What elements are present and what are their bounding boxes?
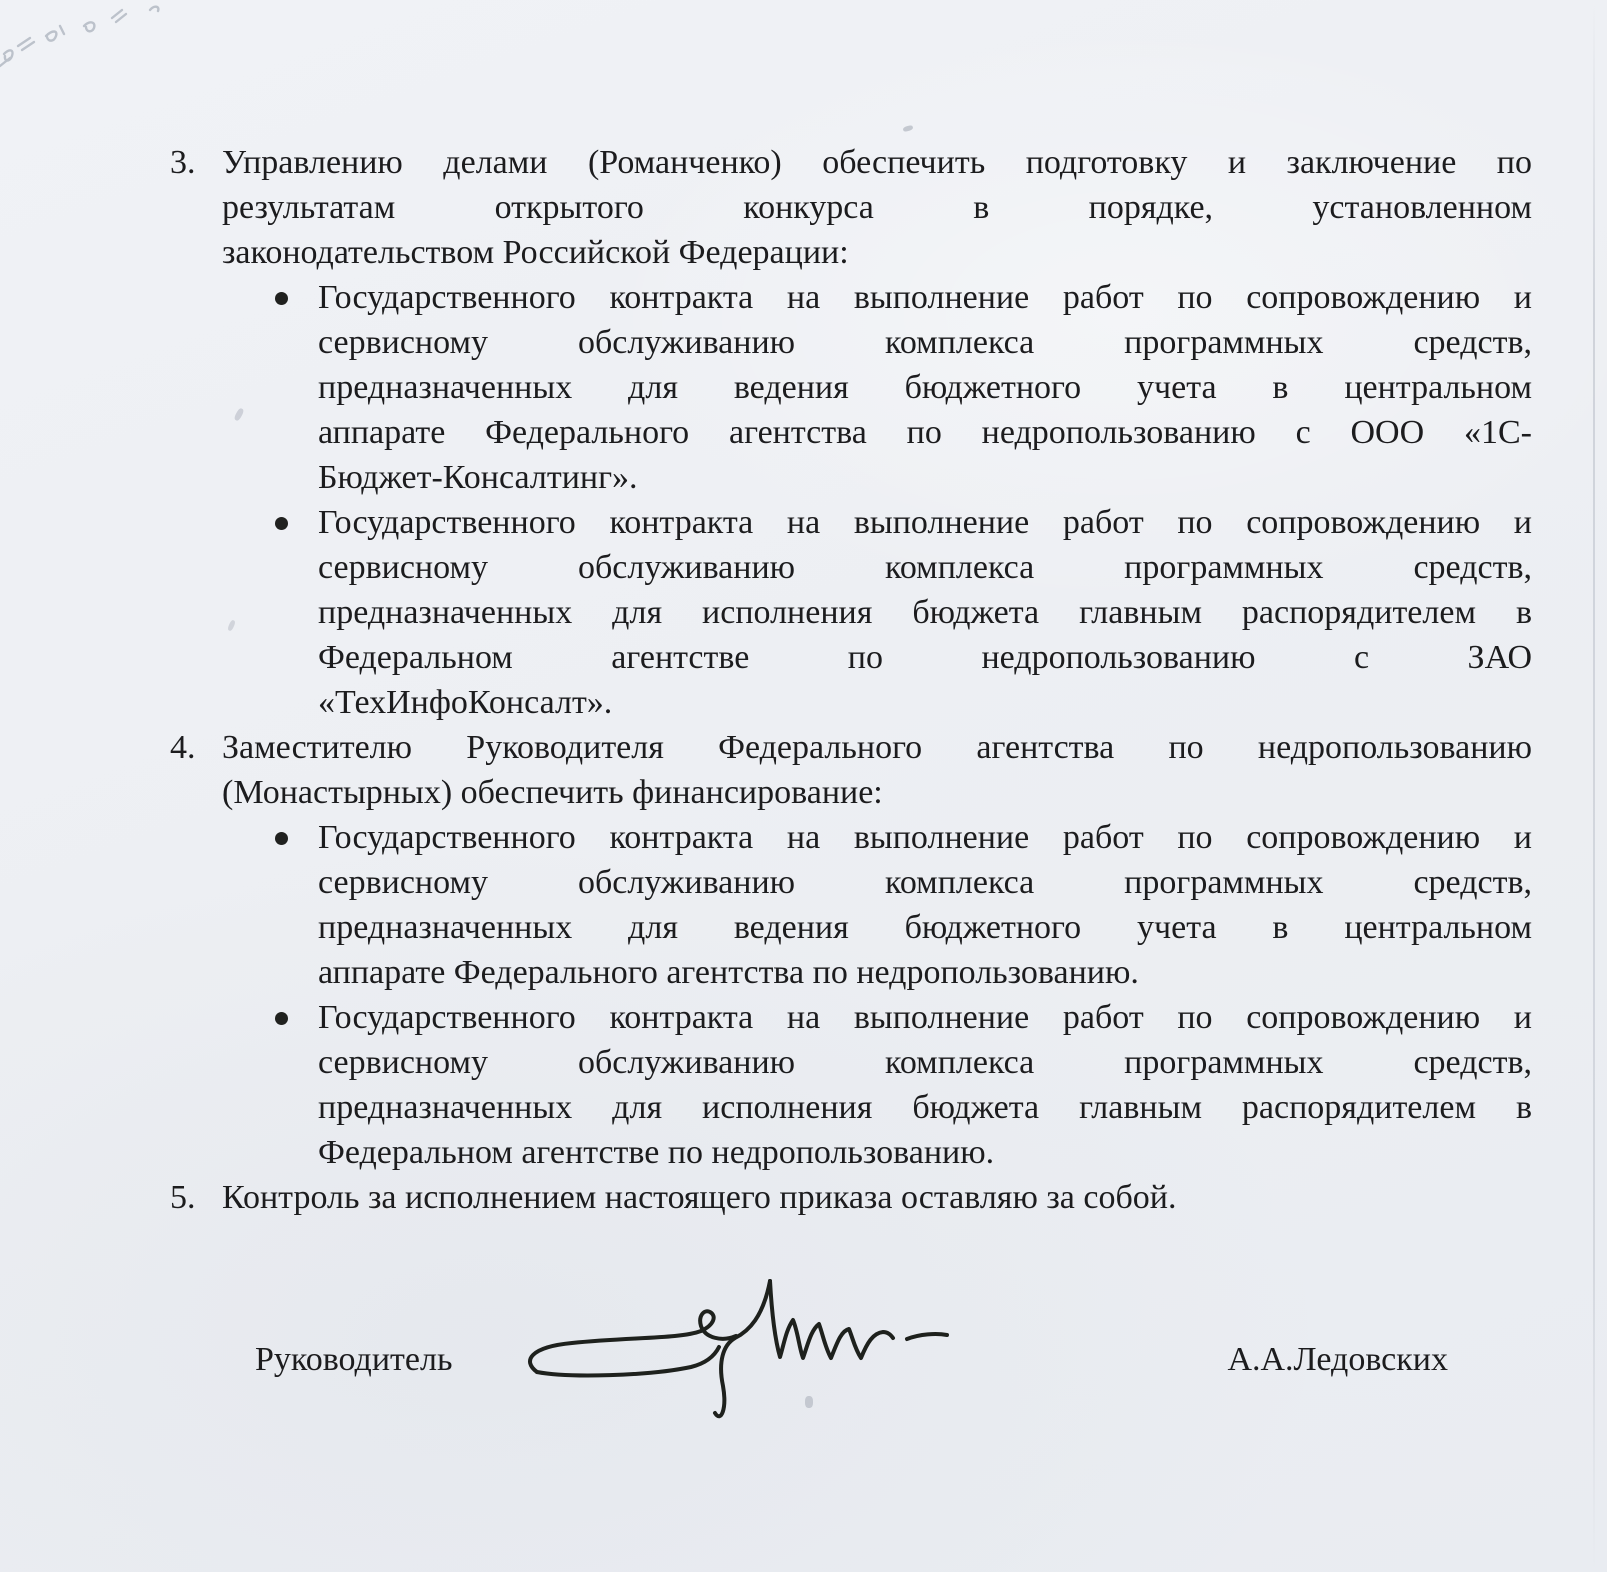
paragraph-text: Государственного контракта на выполнение… (318, 815, 1532, 995)
signatory-name: А.А.Ледовских (1227, 1337, 1448, 1382)
text-line: Государственного контракта на выполнение… (318, 995, 1532, 1040)
text-line: предназначенных для ведения бюджетного у… (318, 365, 1532, 410)
item-number: 5. (170, 1175, 218, 1220)
paragraph-text: Государственного контракта на выполнение… (318, 995, 1532, 1175)
text-line: Федеральном агентстве по недропользовани… (318, 1130, 1532, 1175)
text-line: сервисному обслуживанию комплекса програ… (318, 545, 1532, 590)
text-line: (Монастырных) обеспечить финансирование: (222, 770, 1532, 815)
text-line: сервисному обслуживанию комплекса програ… (318, 320, 1532, 365)
text-line: результатам открытого конкурса в порядке… (222, 185, 1532, 230)
scanned-order-page: 3.Управлению делами (Романченко) обеспеч… (0, 0, 1607, 1572)
numbered-item: 4.Заместителю Руководителя Федерального … (222, 725, 1532, 815)
bullet-item: Государственного контракта на выполнение… (318, 275, 1532, 500)
text-line: сервисному обслуживанию комплекса програ… (318, 1040, 1532, 1085)
text-line: Государственного контракта на выполнение… (318, 275, 1532, 320)
order-body: 3.Управлению делами (Романченко) обеспеч… (0, 0, 1607, 1572)
text-line: Бюджет-Консалтинг». (318, 455, 1532, 500)
item-number: 4. (170, 725, 218, 770)
text-line: Федеральном агентстве по недропользовани… (318, 635, 1532, 680)
item-number: 3. (170, 140, 218, 185)
bullet-item: Государственного контракта на выполнение… (318, 995, 1532, 1175)
paragraph-text: Контроль за исполнением настоящего прика… (222, 1175, 1532, 1220)
paragraph-text: Заместителю Руководителя Федерального аг… (222, 725, 1532, 815)
signature-scribble-icon (480, 1259, 960, 1499)
text-line: «ТехИнфоКонсалт». (318, 680, 1532, 725)
bullet-icon (275, 1012, 288, 1025)
paragraph-text: Управлению делами (Романченко) обеспечит… (222, 140, 1532, 275)
signatory-title: Руководитель (255, 1337, 452, 1382)
text-line: сервисному обслуживанию комплекса програ… (318, 860, 1532, 905)
paragraphs: 3.Управлению делами (Романченко) обеспеч… (172, 140, 1532, 1220)
text-line: Государственного контракта на выполнение… (318, 815, 1532, 860)
text-line: Государственного контракта на выполнение… (318, 500, 1532, 545)
bullet-item: Государственного контракта на выполнение… (318, 500, 1532, 725)
paragraph-text: Государственного контракта на выполнение… (318, 500, 1532, 725)
text-line: предназначенных для исполнения бюджета г… (318, 590, 1532, 635)
paragraph-text: Государственного контракта на выполнение… (318, 275, 1532, 500)
text-line: Управлению делами (Романченко) обеспечит… (222, 140, 1532, 185)
numbered-item: 3.Управлению делами (Романченко) обеспеч… (222, 140, 1532, 275)
text-line: предназначенных для исполнения бюджета г… (318, 1085, 1532, 1130)
signature-block: Руководитель А.А.Ледовских (172, 1337, 1532, 1397)
bullet-icon (275, 292, 288, 305)
text-line: предназначенных для ведения бюджетного у… (318, 905, 1532, 950)
text-line: Контроль за исполнением настоящего прика… (222, 1175, 1532, 1220)
text-line: Заместителю Руководителя Федерального аг… (222, 725, 1532, 770)
text-line: законодательством Российской Федерации: (222, 230, 1532, 275)
bullet-item: Государственного контракта на выполнение… (318, 815, 1532, 995)
numbered-item: 5.Контроль за исполнением настоящего при… (222, 1175, 1532, 1220)
text-line: аппарате Федерального агентства по недро… (318, 950, 1532, 995)
bullet-icon (275, 832, 288, 845)
bullet-icon (275, 517, 288, 530)
text-line: аппарате Федерального агентства по недро… (318, 410, 1532, 455)
